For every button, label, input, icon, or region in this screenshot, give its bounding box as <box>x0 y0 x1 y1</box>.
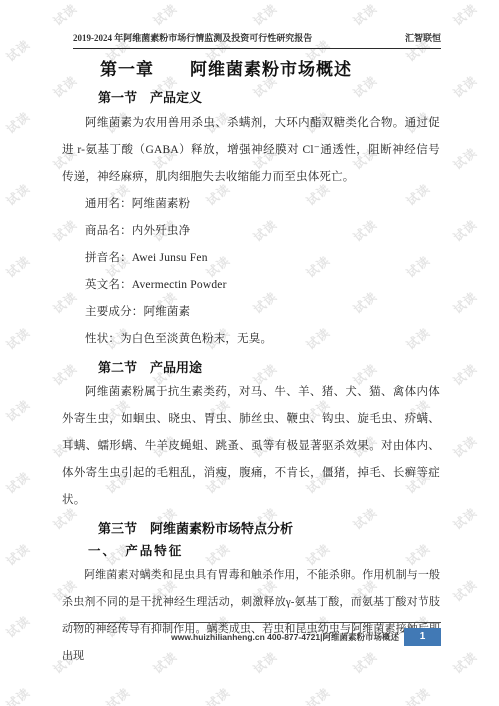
item-generic-name: 通用名：阿维菌素粉 <box>62 191 440 218</box>
footer-info: www.huizhilianheng.cn 400-877-4721|阿维菌素粉… <box>171 631 399 643</box>
features-paragraph: 阿维菌素对螨类和昆虫具有胃毒和触杀作用，不能杀卵。作用机制与一般杀虫剂不同的是干… <box>62 562 440 670</box>
document-page: 试读试读试读试读试读试读试读试读试读试读试读试读试读试读试读试读试读试读试读试读… <box>0 0 499 706</box>
item-english-name: 英文名：Avermectin Powder <box>62 272 440 299</box>
definition-paragraph: 阿维菌素为农用兽用杀虫、杀螨剂，大环内酯双糖类化合物。通过促进 r-氨基丁酸（G… <box>62 110 440 191</box>
header-report-title: 2019-2024 年阿维菌素粉市场行情监测及投资可行性研究报告 <box>73 31 312 44</box>
item-appearance: 性状：为白色至淡黄色粉末，无臭。 <box>62 326 440 353</box>
item-trade-name: 商品名：内外歼虫净 <box>62 218 440 245</box>
item-pinyin-name: 拼音名：Awei Junsu Fen <box>62 245 440 272</box>
section1-title: 第一节 产品定义 <box>98 89 440 107</box>
page-footer: www.huizhilianheng.cn 400-877-4721|阿维菌素粉… <box>70 622 441 646</box>
page-number-badge: 1 <box>404 628 441 646</box>
header-brand: 汇智联恒 <box>405 31 441 44</box>
item-main-ingredient: 主要成分：阿维菌素 <box>62 299 440 326</box>
usage-paragraph: 阿维菌素粉属于抗生素类药，对马、牛、羊、猪、犬、猫、禽体内体外寄生虫，如蛔虫、晓… <box>62 379 440 514</box>
section3-title: 第三节 阿维菌素粉市场特点分析 <box>98 520 440 538</box>
subsection-product-features: 一、 产品特征 <box>88 542 440 560</box>
chapter-title: 第一章 阿维菌素粉市场概述 <box>100 59 440 81</box>
document-content: 第一章 阿维菌素粉市场概述 第一节 产品定义 阿维菌素为农用兽用杀虫、杀螨剂，大… <box>62 47 440 670</box>
section2-title: 第二节 产品用途 <box>98 359 440 377</box>
